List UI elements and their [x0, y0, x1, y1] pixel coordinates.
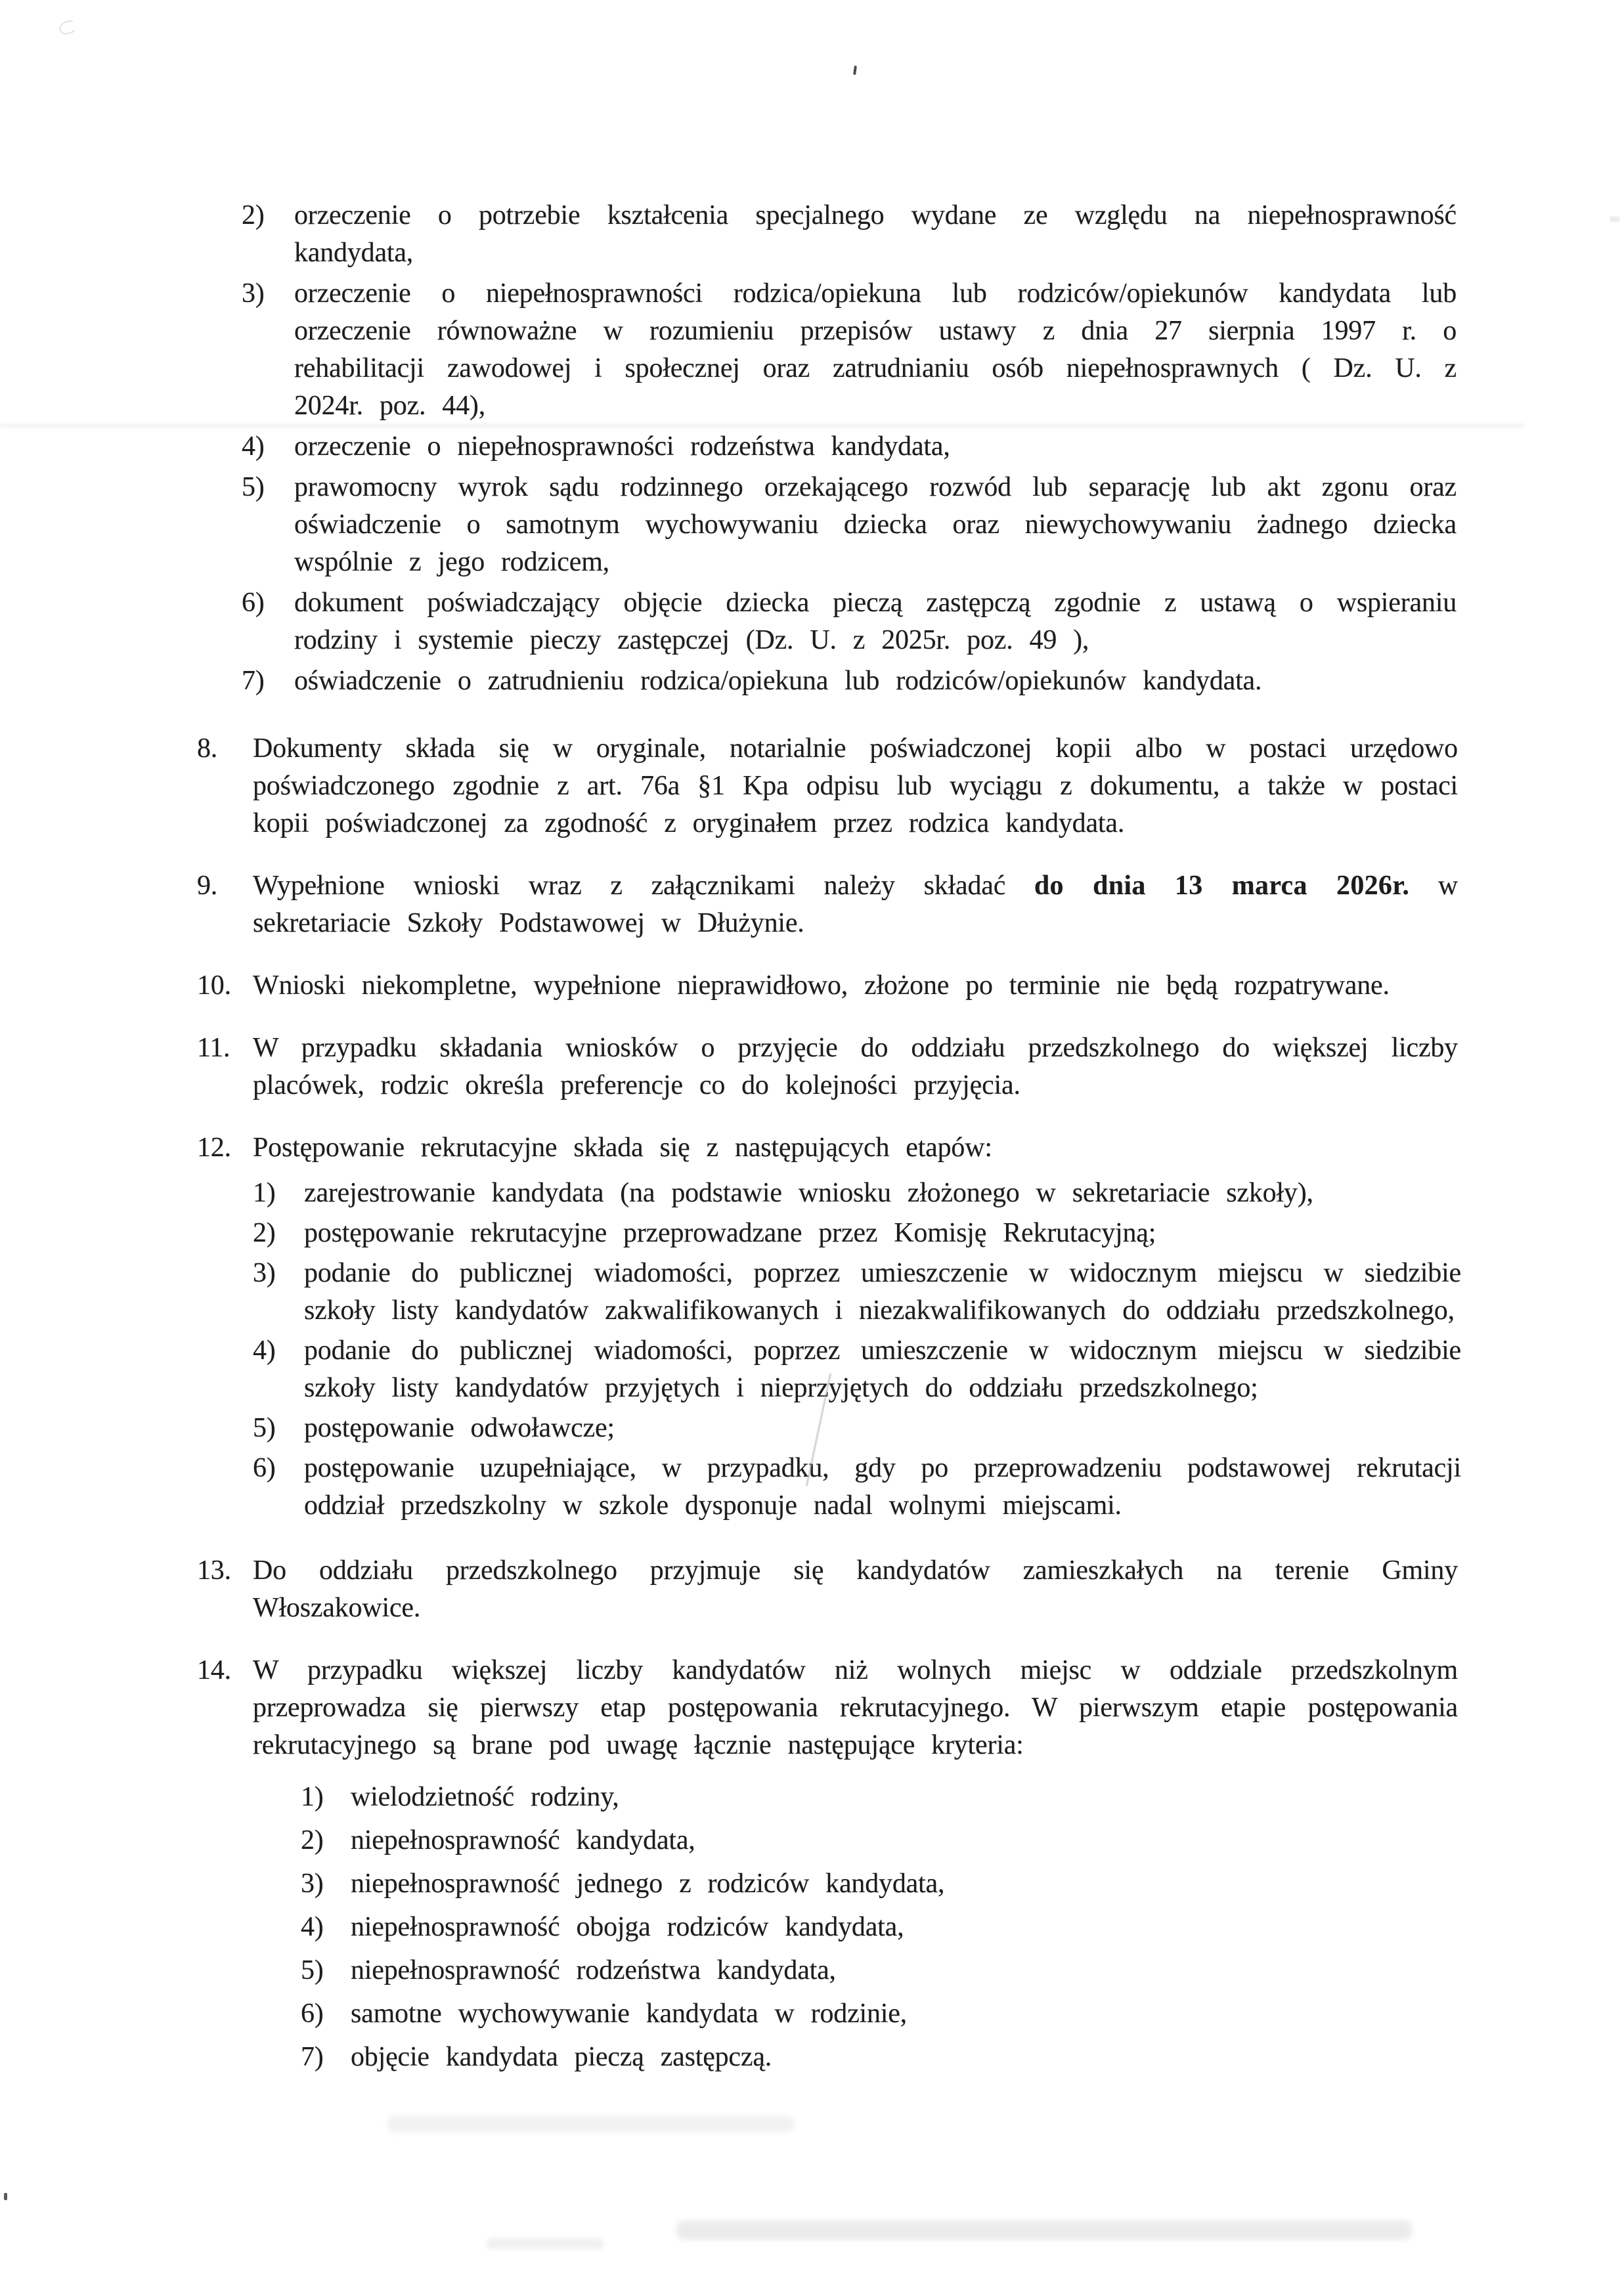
list-item-text: podanie do publicznej wiadomości, poprze…: [304, 1255, 1461, 1330]
list-item-marker: 6): [253, 1450, 304, 1525]
list-item-text: orzeczenie o potrzebie kształcenia specj…: [294, 197, 1457, 272]
list-item-marker: 5): [242, 469, 294, 581]
list-item: 12. Postępowanie rekrutacyjne składa się…: [197, 1129, 1458, 1527]
list-item: 6) dokument poświadczający objęcie dziec…: [242, 584, 1457, 659]
list-item: 3) niepełnosprawność jednego z rodziców …: [301, 1865, 1417, 1903]
list-item: 1) wielodzietność rodziny,: [301, 1779, 1417, 1816]
list-item-text: samotne wychowywanie kandydata w rodzini…: [351, 1995, 1417, 2033]
list-item-marker: 14.: [197, 1652, 253, 2082]
list-item-text: Do oddziału przedszkolnego przyjmuje się…: [253, 1552, 1458, 1627]
list-item: 11. W przypadku składania wniosków o prz…: [197, 1029, 1458, 1104]
list-item-marker: 3): [242, 275, 294, 425]
list-item-marker: 4): [242, 428, 294, 466]
list-item: 10. Wnioski niekompletne, wypełnione nie…: [197, 967, 1458, 1005]
list-item-marker: 13.: [197, 1552, 253, 1627]
bleed-through-ghost-text: [486, 2238, 604, 2249]
bleed-through-ghost-text: [387, 2115, 795, 2133]
list-item-marker: 4): [253, 1332, 304, 1407]
attachment-documents-list: 2) orzeczenie o potrzebie kształcenia sp…: [242, 197, 1457, 700]
list-item-marker: 3): [301, 1865, 351, 1903]
list-item-text: postępowanie rekrutacyjne przeprowadzane…: [304, 1215, 1461, 1252]
list-item: 9. Wypełnione wnioski wraz z załącznikam…: [197, 867, 1458, 942]
recruitment-criteria-list: 1) wielodzietność rodziny, 2) niepełnosp…: [301, 1779, 1417, 2076]
list-item: 13. Do oddziału przedszkolnego przyjmuje…: [197, 1552, 1458, 1627]
list-item: 4) orzeczenie o niepełnosprawności rodze…: [242, 428, 1457, 466]
list-item-text: objęcie kandydata pieczą zastępczą.: [351, 2039, 1417, 2076]
list-item-text: oświadczenie o zatrudnieniu rodzica/opie…: [294, 662, 1457, 700]
list-item-text: Wnioski niekompletne, wypełnione niepraw…: [253, 967, 1458, 1005]
list-item: 5) postępowanie odwoławcze;: [253, 1410, 1461, 1447]
list-item: 2) postępowanie rekrutacyjne przeprowadz…: [253, 1215, 1461, 1252]
scan-speck-artifact: [853, 66, 857, 75]
list-item-marker: 2): [301, 1822, 351, 1859]
list-item: 8. Dokumenty składa się w oryginale, not…: [197, 730, 1458, 842]
list-item-marker: 11.: [197, 1029, 253, 1104]
bleed-through-ghost-text: [676, 2220, 1412, 2240]
list-item-marker: 7): [242, 662, 294, 700]
list-item: 2) orzeczenie o potrzebie kształcenia sp…: [242, 197, 1457, 272]
list-item-text: wielodzietność rodziny,: [351, 1779, 1417, 1816]
list-item-marker: 1): [253, 1175, 304, 1212]
deadline-sentence-start: Wypełnione wnioski wraz z załącznikami n…: [253, 871, 1034, 901]
list-item-marker: 5): [301, 1952, 351, 1989]
list-item: 3) orzeczenie o niepełnosprawności rodzi…: [242, 275, 1457, 425]
stages-intro-text: Postępowanie rekrutacyjne składa się z n…: [253, 1133, 992, 1163]
list-item-text: postępowanie uzupełniające, w przypadku,…: [304, 1450, 1461, 1525]
deadline-date-bold: do dnia 13 marca 2026r.: [1034, 871, 1409, 901]
scanned-document-page: { "page": { "background_color": "#ffffff…: [0, 0, 1624, 2296]
list-item-text: zarejestrowanie kandydata (na podstawie …: [304, 1175, 1461, 1212]
list-item-text: prawomocny wyrok sądu rodzinnego orzekaj…: [294, 469, 1457, 581]
list-item-marker: 6): [242, 584, 294, 659]
list-item: 3) podanie do publicznej wiadomości, pop…: [253, 1255, 1461, 1330]
list-item-text: niepełnosprawność jednego z rodziców kan…: [351, 1865, 1417, 1903]
list-item: 6) samotne wychowywanie kandydata w rodz…: [301, 1995, 1417, 2033]
list-item: 5) prawomocny wyrok sądu rodzinnego orze…: [242, 469, 1457, 581]
list-item-text: Dokumenty składa się w oryginale, notari…: [253, 730, 1458, 842]
list-item-text: orzeczenie o niepełnosprawności rodzeńst…: [294, 428, 1457, 466]
list-item: 4) podanie do publicznej wiadomości, pop…: [253, 1332, 1461, 1407]
list-item: 2) niepełnosprawność kandydata,: [301, 1822, 1417, 1859]
scan-squiggle-artifact: [58, 19, 77, 36]
list-item-marker: 3): [253, 1255, 304, 1330]
list-item-marker: 12.: [197, 1129, 253, 1527]
list-item: 4) niepełnosprawność obojga rodziców kan…: [301, 1909, 1417, 1946]
list-item: 1) zarejestrowanie kandydata (na podstaw…: [253, 1175, 1461, 1212]
document-page: 2) orzeczenie o potrzebie kształcenia sp…: [0, 0, 1624, 2296]
list-item-text: niepełnosprawność kandydata,: [351, 1822, 1417, 1859]
list-item-marker: 8.: [197, 730, 253, 842]
list-item-marker: 10.: [197, 967, 253, 1005]
list-item-marker: 2): [242, 197, 294, 272]
recruitment-stages-list: 1) zarejestrowanie kandydata (na podstaw…: [253, 1175, 1461, 1525]
criteria-intro-text: W przypadku większej liczby kandydatów n…: [253, 1655, 1458, 1760]
list-item: 7) oświadczenie o zatrudnieniu rodzica/o…: [242, 662, 1457, 700]
list-item-text: W przypadku większej liczby kandydatów n…: [253, 1652, 1458, 2082]
list-item-text: dokument poświadczający objęcie dziecka …: [294, 584, 1457, 659]
list-item: 5) niepełnosprawność rodzeństwa kandydat…: [301, 1952, 1417, 1989]
list-item: 14. W przypadku większej liczby kandydat…: [197, 1652, 1458, 2082]
list-item-marker: 2): [253, 1215, 304, 1252]
scan-dot-artifact: [4, 2193, 7, 2200]
list-item-marker: 6): [301, 1995, 351, 2033]
list-item-text: orzeczenie o niepełnosprawności rodzica/…: [294, 275, 1457, 425]
list-item-text: W przypadku składania wniosków o przyjęc…: [253, 1029, 1458, 1104]
list-item-text: postępowanie odwoławcze;: [304, 1410, 1461, 1447]
list-item-marker: 7): [301, 2039, 351, 2076]
list-item-text: niepełnosprawność obojga rodziców kandyd…: [351, 1909, 1417, 1946]
list-item-marker: 9.: [197, 867, 253, 942]
list-item-text: Postępowanie rekrutacyjne składa się z n…: [253, 1129, 1461, 1527]
list-item: 7) objęcie kandydata pieczą zastępczą.: [301, 2039, 1417, 2076]
list-item-marker: 5): [253, 1410, 304, 1447]
list-item-text: podanie do publicznej wiadomości, poprze…: [304, 1332, 1461, 1407]
list-item: 6) postępowanie uzupełniające, w przypad…: [253, 1450, 1461, 1525]
list-item-text: Wypełnione wnioski wraz z załącznikami n…: [253, 867, 1458, 942]
document-content: 2) orzeczenie o potrzebie kształcenia sp…: [0, 197, 1624, 2082]
list-item-marker: 1): [301, 1779, 351, 1816]
list-item-text: niepełnosprawność rodzeństwa kandydata,: [351, 1952, 1417, 1989]
list-item-marker: 4): [301, 1909, 351, 1946]
